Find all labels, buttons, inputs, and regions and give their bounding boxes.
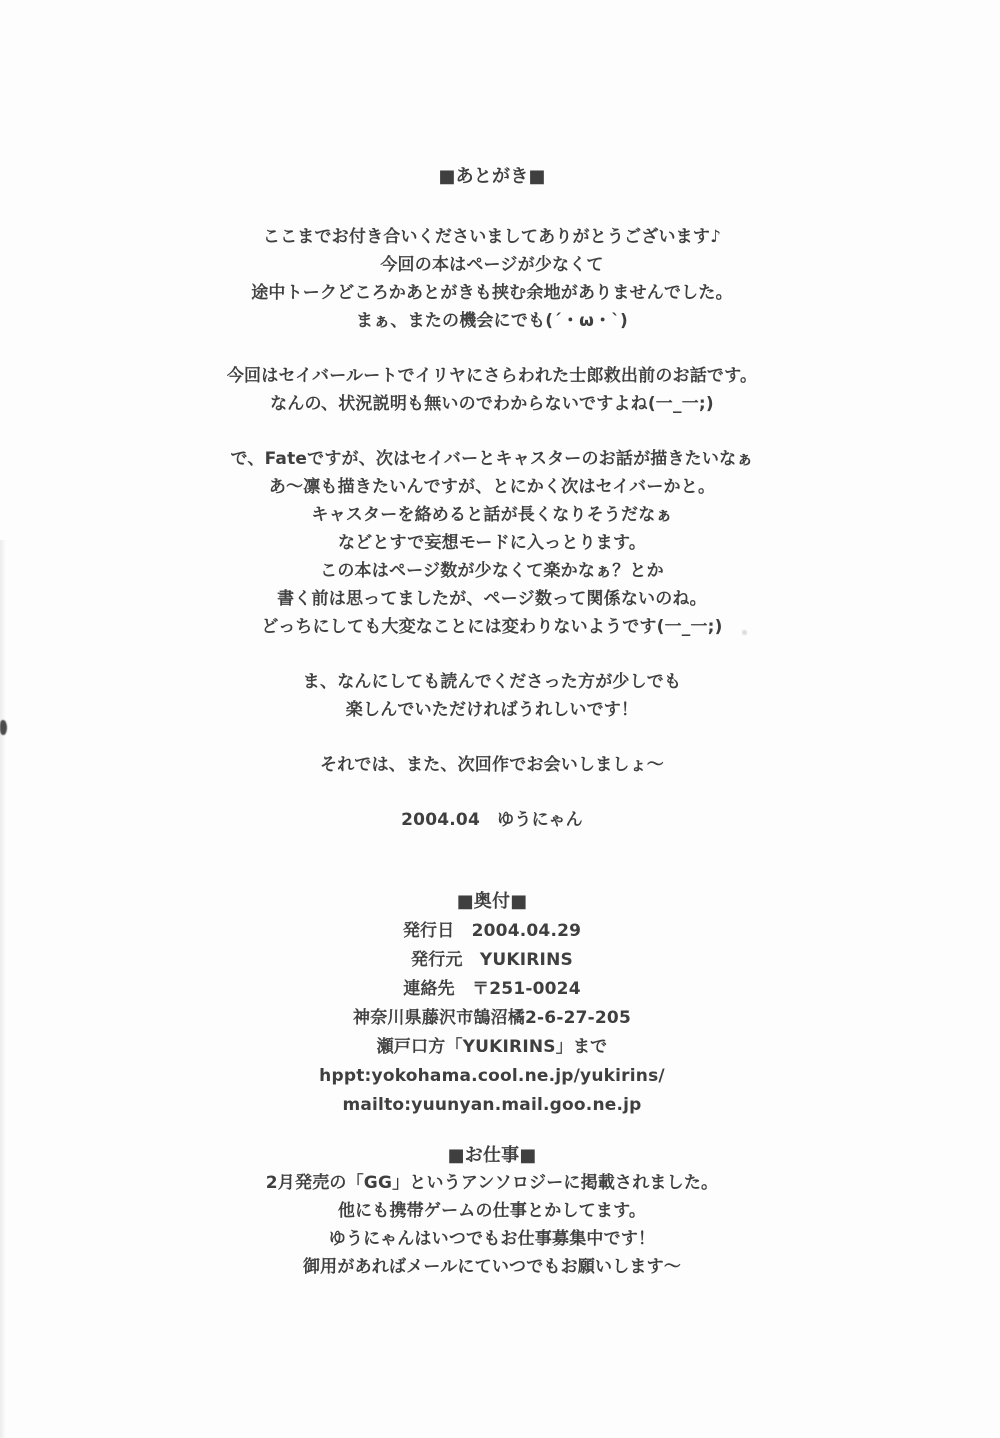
jobs-line: 他にも携帯ゲームの仕事とかしてます。 <box>0 1197 984 1225</box>
afterword-line: で、Fateですが、次はセイバーとキャスターのお話が描きたいなぁ <box>0 445 984 473</box>
afterword-line: なんの、状況説明も無いのでわからないですよね(一_一;) <box>0 390 984 418</box>
afterword-line: 書く前は思ってましたが、ページ数って関係ないのね。 <box>0 585 984 613</box>
afterword-paragraph-3: で、Fateですが、次はセイバーとキャスターのお話が描きたいなぁ あ〜凛も描きた… <box>0 445 984 641</box>
afterword-line: この本はページ数が少なくて楽かなぁ？とか <box>0 557 984 585</box>
jobs-line: ゆうにゃんはいつでもお仕事募集中です！ <box>0 1225 984 1253</box>
colophon-line-address2: 瀬戸口方「YUKIRINS」まで <box>0 1033 984 1062</box>
afterword-line: まぁ、またの機会にでも(´・ω・`) <box>0 307 984 335</box>
jobs-lines: 2月発売の「GG」というアンソロジーに掲載されました。 他にも携帯ゲームの仕事と… <box>0 1169 984 1281</box>
afterword-closing: それでは、また、次回作でお会いしましょ〜 <box>0 751 984 779</box>
jobs-line: 御用があればメールにていつでもお願いします〜 <box>0 1253 984 1281</box>
afterword-line: 今回の本はページが少なくて <box>0 251 984 279</box>
afterword-line: どっちにしても大変なことには変わりないようです(一_一;) <box>0 613 984 641</box>
scanned-page: ■あとがき■ ここまでお付き合いくださいましてありがとうございます♪ 今回の本は… <box>0 0 1000 1438</box>
afterword-line: 途中トークどころかあとがきも挟む余地がありませんでした。 <box>0 279 984 307</box>
colophon-line-email: mailto:yuunyan.mail.goo.ne.jp <box>0 1091 984 1120</box>
afterword-line: などとすで妄想モードに入っとります。 <box>0 529 984 557</box>
afterword-paragraph-2: 今回はセイバールートでイリヤにさらわれた士郎救出前のお話です。 なんの、状況説明… <box>0 362 984 418</box>
jobs-title: ■お仕事■ <box>0 1141 984 1167</box>
jobs-line: 2月発売の「GG」というアンソロジーに掲載されました。 <box>0 1169 984 1197</box>
colophon-line-publisher: 発行元 YUKIRINS <box>0 946 984 975</box>
afterword-title: ■あとがき■ <box>0 162 984 188</box>
colophon-line-address: 神奈川県藤沢市鵠沼橘2-6-27-205 <box>0 1004 984 1033</box>
afterword-line: ま、なんにしても読んでくださった方が少しでも <box>0 668 984 696</box>
colophon-lines: 発行日 2004.04.29 発行元 YUKIRINS 連絡先 〒251-002… <box>0 917 984 1120</box>
afterword-paragraph-4: ま、なんにしても読んでくださった方が少しでも 楽しんでいただければうれしいです！ <box>0 668 984 724</box>
afterword-line: 楽しんでいただければうれしいです！ <box>0 696 984 724</box>
colophon-line-publish-date: 発行日 2004.04.29 <box>0 917 984 946</box>
afterword-signature: 2004.04 ゆうにゃん <box>0 806 984 834</box>
afterword-paragraph-1: ここまでお付き合いくださいましてありがとうございます♪ 今回の本はページが少なく… <box>0 223 984 335</box>
afterword-line: ここまでお付き合いくださいましてありがとうございます♪ <box>0 223 984 251</box>
afterword-line: 今回はセイバールートでイリヤにさらわれた士郎救出前のお話です。 <box>0 362 984 390</box>
afterword-line: それでは、また、次回作でお会いしましょ〜 <box>0 751 984 779</box>
afterword-line: キャスターを絡めると話が長くなりそうだなぁ <box>0 501 984 529</box>
colophon-line-contact: 連絡先 〒251-0024 <box>0 975 984 1004</box>
signature-line: 2004.04 ゆうにゃん <box>0 806 984 834</box>
colophon-title: ■奥付■ <box>0 887 984 913</box>
afterword-line: あ〜凛も描きたいんですが、とにかく次はセイバーかと。 <box>0 473 984 501</box>
colophon-line-url: hppt:yokohama.cool.ne.jp/yukirins/ <box>0 1062 984 1091</box>
